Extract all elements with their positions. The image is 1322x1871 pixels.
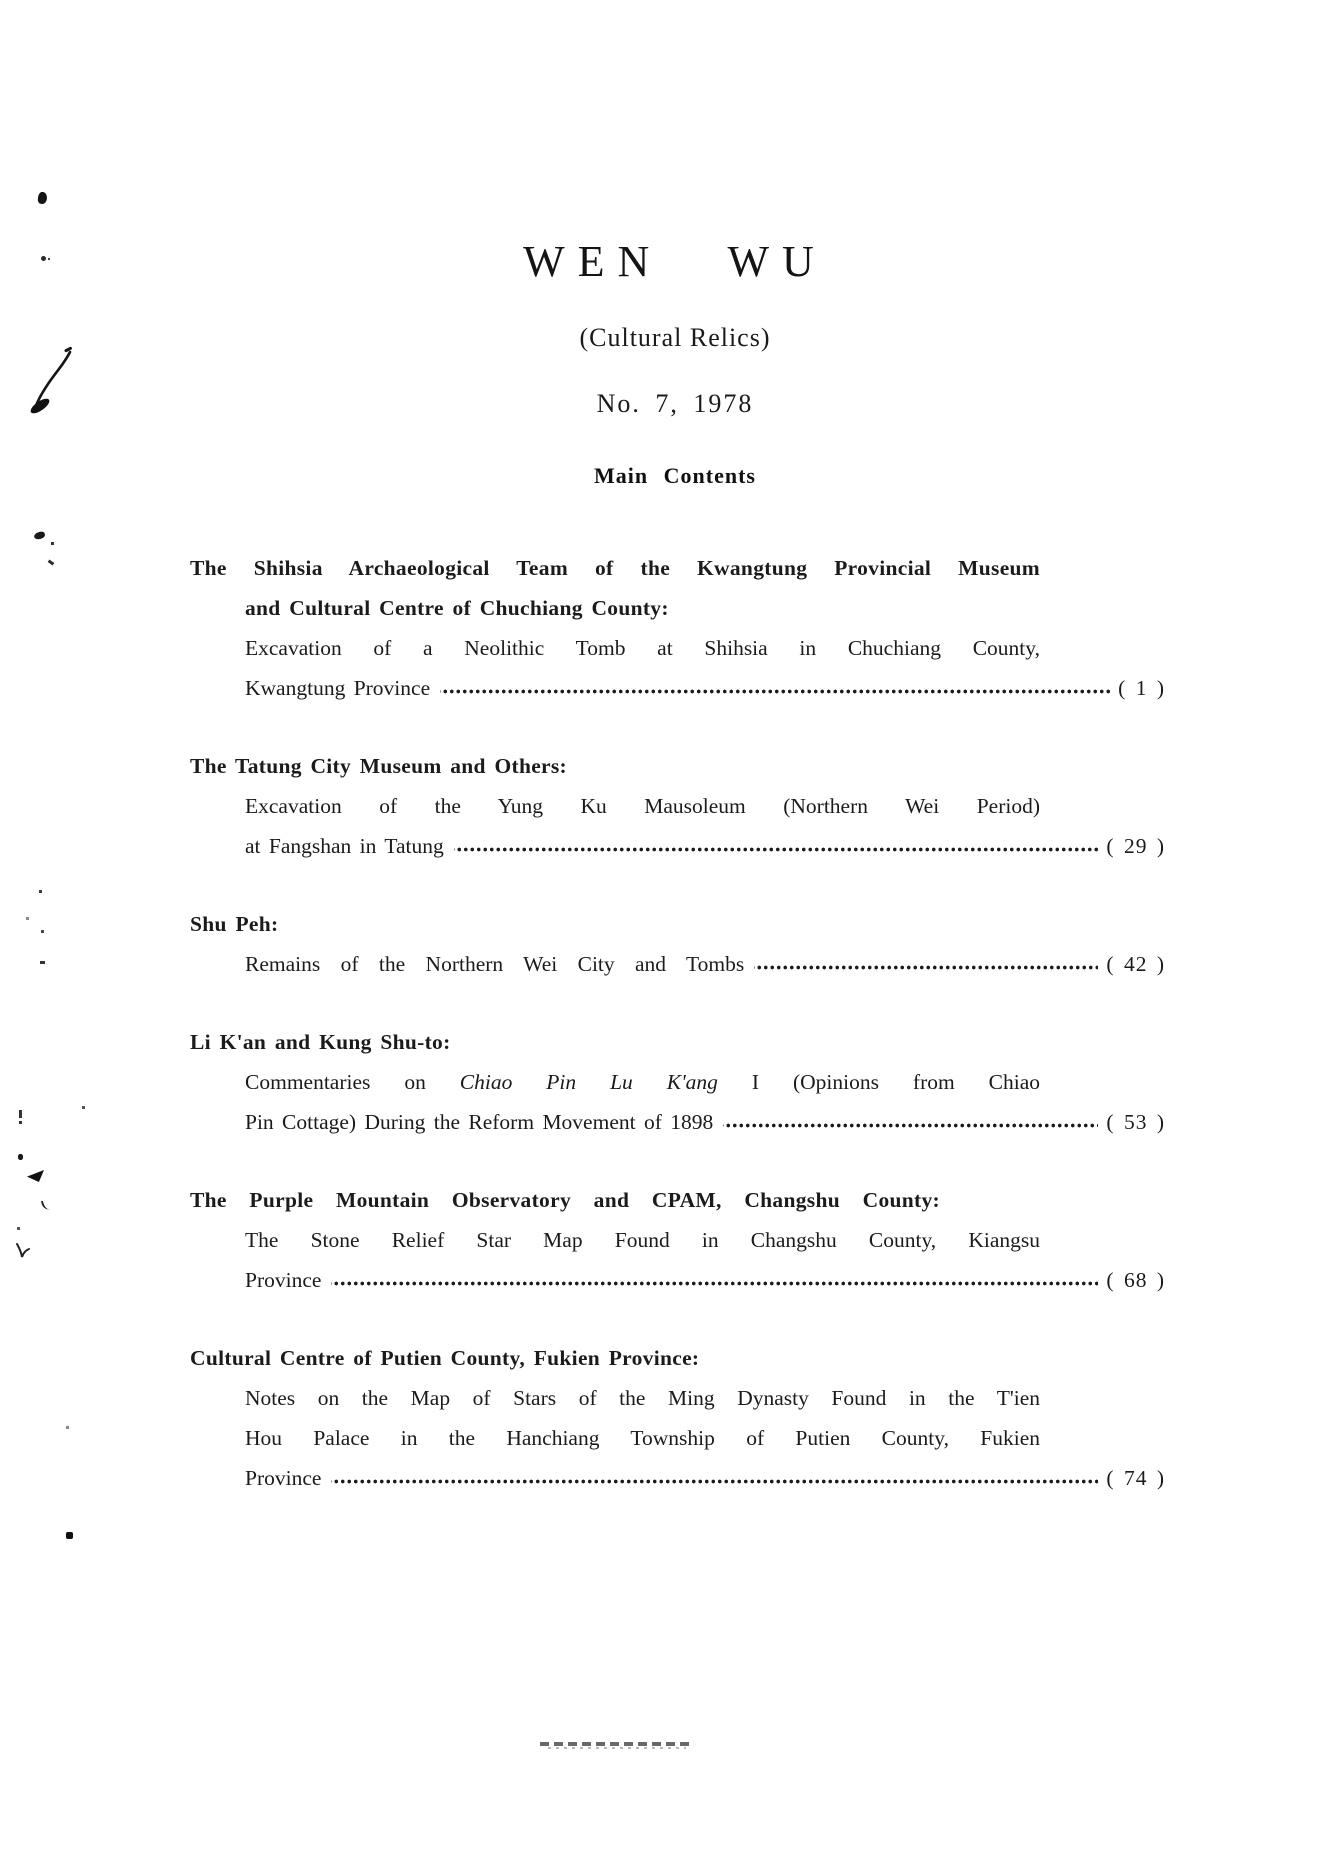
issue-number: No. 7, 1978 — [14, 388, 1322, 420]
entry-author-line: The Purple Mountain Observatory and CPAM… — [190, 1180, 1165, 1220]
dotted-leader — [454, 826, 1099, 866]
dotted-leader — [331, 1458, 1098, 1498]
ink-speck — [66, 1532, 73, 1539]
entry-author-line: and Cultural Centre of Chuchiang County: — [190, 588, 1165, 628]
entry-title-line: Province — [245, 1458, 321, 1498]
ink-speck — [19, 1110, 22, 1118]
entry-title-line: Excavation of the Yung Ku Mausoleum (Nor… — [190, 786, 1165, 826]
dotted-leader — [754, 944, 1098, 984]
ink-speck — [18, 1154, 23, 1160]
entry-author-line: The Shihsia Archaeological Team of the K… — [190, 548, 1165, 588]
page-number: ( 74 ) — [1106, 1458, 1165, 1498]
dotted-leader — [723, 1102, 1098, 1142]
toc-entry: Shu Peh: Remains of the Northern Wei Cit… — [190, 904, 1165, 984]
entry-leader-line: Kwangtung Province ( 1 ) — [190, 668, 1165, 708]
entry-leader-line: Province ( 68 ) — [190, 1260, 1165, 1300]
page-number: ( 29 ) — [1106, 826, 1165, 866]
entry-title-line: The Stone Relief Star Map Found in Chang… — [190, 1220, 1165, 1260]
toc-entry: Cultural Centre of Putien County, Fukien… — [190, 1338, 1165, 1498]
page-number: ( 1 ) — [1118, 668, 1165, 708]
document-page: WEN WU (Cultural Relics) No. 7, 1978 Mai… — [0, 0, 1322, 1871]
journal-subtitle: (Cultural Relics) — [14, 322, 1322, 354]
entry-title-line: Notes on the Map of Stars of the Ming Dy… — [190, 1378, 1165, 1418]
table-of-contents: The Shihsia Archaeological Team of the K… — [0, 548, 1165, 1498]
entry-leader-line: at Fangshan in Tatung ( 29 ) — [190, 826, 1165, 866]
entry-title-line: Remains of the Northern Wei City and Tom… — [245, 944, 744, 984]
page-number: ( 53 ) — [1106, 1102, 1165, 1142]
entry-author-line: Shu Peh: — [190, 904, 1165, 944]
entry-title-line: Province — [245, 1260, 321, 1300]
ink-speck — [82, 1106, 85, 1109]
title-italic-text: Chiao Pin Lu K'ang — [460, 1070, 718, 1094]
entry-title-line: Kwangtung Province — [245, 668, 430, 708]
ink-speck — [19, 1121, 22, 1124]
dotted-leader — [331, 1260, 1098, 1300]
page-number: ( 68 ) — [1106, 1260, 1165, 1300]
entry-title-line: at Fangshan in Tatung — [245, 826, 444, 866]
ink-speck — [66, 1426, 69, 1429]
page-number: ( 42 ) — [1106, 944, 1165, 984]
contents-heading: Main Contents — [14, 462, 1322, 490]
smudge-dotted-line — [548, 1747, 686, 1749]
dotted-leader — [440, 668, 1110, 708]
ink-speck — [40, 961, 45, 964]
toc-entry: The Tatung City Museum and Others: Excav… — [190, 746, 1165, 866]
ink-speck — [51, 542, 54, 545]
entry-author-line: The Tatung City Museum and Others: — [190, 746, 1165, 786]
entry-leader-line: Remains of the Northern Wei City and Tom… — [190, 944, 1165, 984]
toc-entry: The Purple Mountain Observatory and CPAM… — [190, 1180, 1165, 1300]
ink-speck — [26, 917, 29, 920]
smudge-dashed-line — [540, 1742, 692, 1746]
toc-entry: Li K'an and Kung Shu-to: Commentaries on… — [190, 1022, 1165, 1142]
entry-author-line: Li K'an and Kung Shu-to: — [190, 1022, 1165, 1062]
entry-title-line: Hou Palace in the Hanchiang Township of … — [190, 1418, 1165, 1458]
entry-title-line: Pin Cottage) During the Reform Movement … — [245, 1102, 713, 1142]
title-text: I (Opinions from Chiao — [718, 1070, 1040, 1094]
entry-title-line: Commentaries on Chiao Pin Lu K'ang I (Op… — [190, 1062, 1165, 1102]
journal-title: WEN WU — [14, 238, 1322, 286]
entry-author-line: Cultural Centre of Putien County, Fukien… — [190, 1338, 1165, 1378]
entry-leader-line: Province ( 74 ) — [190, 1458, 1165, 1498]
ink-speck — [17, 1227, 20, 1230]
ink-speck — [39, 890, 42, 893]
entry-leader-line: Pin Cottage) During the Reform Movement … — [190, 1102, 1165, 1142]
ink-speck — [33, 531, 45, 540]
ink-squiggle — [15, 1242, 31, 1262]
toc-entry: The Shihsia Archaeological Team of the K… — [190, 548, 1165, 708]
entry-title-line: Excavation of a Neolithic Tomb at Shihsi… — [190, 628, 1165, 668]
ink-speck — [41, 930, 44, 933]
title-text: Commentaries on — [245, 1070, 460, 1094]
masthead: WEN WU (Cultural Relics) No. 7, 1978 Mai… — [14, 0, 1322, 490]
